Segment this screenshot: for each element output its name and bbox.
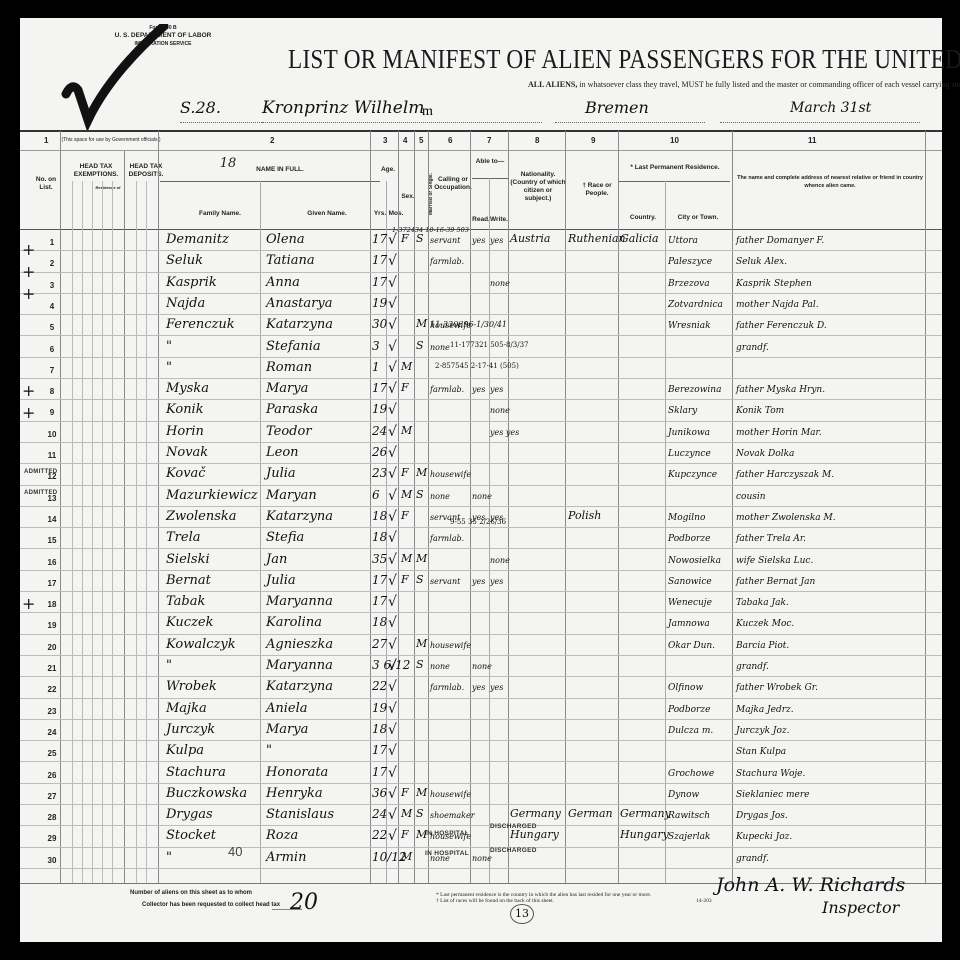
check-mark-icon: √	[388, 828, 397, 844]
cell-age: 17	[372, 743, 387, 757]
cell-city: Luczynce	[668, 449, 711, 459]
cell-ms: S	[416, 658, 424, 671]
table-row: 27BuczkowskaHenryka36FMhousewifeDynowSie…	[20, 784, 942, 805]
nationality-header: Nationality. (Country of which citizen o…	[510, 171, 566, 203]
margin-tally-mark: +	[22, 262, 35, 281]
admitted-stamp: ADMITTED	[24, 469, 57, 475]
cell-no: 17	[40, 579, 64, 588]
cell-write: none	[490, 406, 510, 415]
table-row: 12KovačJulia23FMhousewifeKupczyncefather…	[20, 464, 942, 485]
cell-sex: F	[401, 573, 409, 586]
cell-given: Tatiana	[266, 253, 315, 268]
check-mark-icon: √	[388, 488, 397, 504]
cell-nationality: Austria	[510, 232, 550, 245]
check-mark-icon: √	[388, 573, 397, 589]
cell-ms: S	[416, 807, 424, 820]
cell-city: Nowosielka	[668, 556, 721, 566]
cell-family: "	[166, 339, 172, 354]
cell-city: Olfinow	[668, 683, 703, 693]
cell-given: Maryanna	[266, 594, 333, 609]
check-mark-icon: √	[388, 552, 397, 568]
cell-family: Jurczyk	[166, 722, 215, 737]
check-mark-icon: √	[388, 509, 397, 525]
table-row: 25Kulpa"17Stan Kulpa√	[20, 741, 942, 762]
cell-city: Sklary	[668, 406, 697, 416]
cell-age: 18	[372, 615, 387, 629]
cell-relative: mother Horin Mar.	[736, 428, 822, 438]
cell-given: Henryka	[266, 786, 323, 801]
cell-no: 29	[40, 834, 64, 843]
check-mark-icon: √	[388, 679, 397, 695]
cell-ms: M	[416, 786, 427, 799]
cell-family: "	[166, 850, 172, 865]
cell-given: Katarzyna	[266, 679, 333, 694]
cell-family: Kasprik	[166, 275, 217, 290]
port-line: Bremen	[555, 98, 705, 123]
cell-family: Kulpa	[166, 743, 204, 758]
residence-of-header: Residence of	[90, 184, 126, 192]
col-num-4: 4	[403, 136, 407, 145]
tally-number: 18	[213, 160, 243, 168]
cell-family: Seluk	[166, 253, 203, 268]
cell-given: Marya	[266, 381, 308, 396]
cell-relative: Seluk Alex.	[736, 257, 787, 267]
cell-age: 17	[372, 594, 387, 608]
cell-relative: mother Najda Pal.	[736, 300, 819, 310]
cell-calling: farmlab.	[430, 683, 464, 692]
country-header: Country.	[620, 214, 666, 222]
cell-write: yes	[490, 577, 503, 586]
cell-relative: grandf.	[736, 854, 769, 864]
cell-given: Julia	[266, 573, 296, 588]
cell-family: Myska	[166, 381, 209, 396]
cell-city: Rawitsch	[668, 811, 710, 821]
footnote-races: † List of races will be found on the bac…	[436, 898, 554, 904]
cell-age: 24	[372, 807, 387, 821]
cell-family: Bernat	[166, 573, 211, 588]
cell-calling: none	[430, 662, 450, 671]
cell-family: Kuczek	[166, 615, 214, 630]
table-row: 11NovakLeon26LuczynceNovak Dolka√	[20, 443, 942, 464]
cell-city: Wenecuje	[668, 598, 712, 608]
cell-family: Stocket	[166, 828, 216, 843]
col-num-3: 3	[383, 136, 387, 145]
margin-tally-mark: +	[22, 284, 35, 303]
check-mark-icon: √	[388, 445, 397, 461]
cell-relative: Drygas Jos.	[736, 811, 788, 821]
cell-family: Buczkowska	[166, 786, 247, 801]
cell-city: Paleszyce	[668, 257, 712, 267]
subtitle: ALL ALIENS, in whatsoever class they tra…	[528, 80, 960, 89]
cell-family: Sielski	[166, 552, 210, 567]
cell-given: Olena	[266, 232, 305, 247]
col-num-7: 7	[487, 136, 491, 145]
cell-ms: M	[416, 637, 427, 650]
table-row: 3KasprikAnna17noneBrzezovaKasprik Stephe…	[20, 273, 942, 294]
sailing-date: March 31st	[790, 100, 871, 116]
cell-given: Aniela	[266, 701, 308, 716]
table-row: 19KuczekKarolina18JamnowaKuczek Moc.√	[20, 613, 942, 634]
cell-country: Hungary	[620, 828, 669, 841]
cell-given: Anastarya	[266, 296, 332, 311]
cell-no: 2	[40, 259, 64, 268]
cell-city: Dulcza m.	[668, 726, 713, 736]
city-header: City or Town.	[668, 214, 728, 222]
list-number: S.28.	[180, 98, 221, 117]
footer-line-1: Number of aliens on this sheet as to who…	[130, 890, 252, 896]
table-row: 23MajkaAniela19PodborzeMajka Jedrz.√	[20, 699, 942, 720]
cell-no: 21	[40, 664, 64, 673]
table-row: 4NajdaAnastarya19Zotvardnicamother Najda…	[20, 294, 942, 315]
cell-no: 3	[40, 281, 64, 290]
cell-family: Drygas	[166, 807, 213, 822]
cell-read: none	[472, 854, 492, 863]
cell-no: 8	[40, 387, 64, 396]
check-mark-icon: √	[388, 360, 397, 376]
cell-age: 27	[372, 637, 387, 651]
cell-relative: Stan Kulpa	[736, 747, 786, 757]
cell-write: yes	[490, 683, 503, 692]
check-mark-icon: √	[388, 701, 397, 717]
cell-given: Stanislaus	[266, 807, 334, 822]
cell-family: Trela	[166, 530, 201, 545]
page-title: LIST OR MANIFEST OF ALIEN PASSENGERS FOR…	[288, 44, 960, 75]
cell-given: Roza	[266, 828, 298, 843]
cell-calling: farmlab.	[430, 534, 464, 543]
cell-given: Marya	[266, 722, 308, 737]
cell-relative: Kasprik Stephen	[736, 279, 812, 289]
date-line: March 31st	[720, 98, 920, 123]
cell-no: 4	[40, 302, 64, 311]
cell-given: "	[266, 743, 272, 758]
discharged-stamp: DISCHARGED	[490, 847, 537, 854]
cell-race: Polish	[568, 509, 601, 522]
cell-read: yes	[472, 683, 485, 692]
calling-header: Calling or Occupation.	[432, 176, 474, 192]
ship-name-line: Kronprinz Wilhelm m	[262, 98, 542, 123]
cell-city: Zotvardnica	[668, 300, 723, 310]
cell-given: Maryan	[266, 488, 317, 503]
able-subrule	[472, 178, 508, 179]
check-mark-icon: √	[388, 339, 397, 355]
table-row: 21"Maryanna3 6/12Snonenonegrandf.√	[20, 656, 942, 677]
col-num-6: 6	[448, 136, 452, 145]
cell-relative: Novak Dolka	[736, 449, 794, 459]
cell-given: Leon	[266, 445, 299, 460]
cell-no: 20	[40, 643, 64, 652]
certificate-annotation: 2-857545 2-17-41 (505)	[435, 362, 519, 370]
cell-family: Wrobek	[166, 679, 217, 694]
table-row: 16SielskiJan35MMnoneNowosielkawife Siels…	[20, 550, 942, 571]
cell-age: 18	[372, 509, 387, 523]
able-to-header: Able to—	[472, 158, 508, 166]
cell-relative: cousin	[736, 492, 766, 502]
cell-family: Demanitz	[166, 232, 229, 247]
col-num-1: 1	[44, 136, 48, 145]
cell-country: Germany	[620, 807, 671, 820]
cell-calling: housewife	[430, 790, 471, 799]
cell-no: 19	[40, 621, 64, 630]
cell-city: Sanowice	[668, 577, 712, 587]
cell-city: Berezowina	[668, 385, 721, 395]
cell-city: Grochowe	[668, 769, 714, 779]
discharged-stamp: DISCHARGED	[490, 823, 537, 830]
manifest-sheet: Form 500 B U. S. DEPARTMENT OF LABOR IMM…	[20, 18, 942, 942]
table-row: 17BernatJulia17FSservantyesyesSanowicefa…	[20, 571, 942, 592]
cell-write: yes yes	[490, 428, 519, 437]
cell-calling: none	[430, 492, 450, 501]
cell-family: Najda	[166, 296, 205, 311]
cell-family: Kovač	[166, 466, 206, 481]
cell-age: 17	[372, 573, 387, 587]
cell-relative: Kuczek Moc.	[736, 619, 794, 629]
table-row: 28DrygasStanislaus24MSshoemakerGermanyGe…	[20, 805, 942, 826]
table-row: 20KowalczykAgnieszka27MhousewifeOkar Dun…	[20, 635, 942, 656]
cell-age: 35	[372, 552, 387, 566]
cell-sex: F	[401, 786, 409, 799]
form-code: 14-203	[696, 898, 712, 904]
cell-age: 19	[372, 701, 387, 715]
cell-nationality: Germany	[510, 807, 561, 820]
gov-note: (This space for use by Government offici…	[56, 136, 166, 144]
cell-age: 17	[372, 765, 387, 779]
cell-relative: grandf.	[736, 662, 769, 672]
table-row: 26StachuraHonorata17GrochoweStachura Woj…	[20, 763, 942, 784]
cell-city: Podborze	[668, 705, 710, 715]
cell-no: 6	[40, 345, 64, 354]
relative-header: The name and complete address of nearest…	[734, 174, 926, 190]
cell-no: 25	[40, 749, 64, 758]
check-mark-icon: √	[388, 722, 397, 738]
cell-family: Konik	[166, 402, 204, 417]
check-mark-icon: √	[388, 296, 397, 312]
cell-no: 28	[40, 813, 64, 822]
head-tax-count: 20	[290, 890, 318, 915]
cell-no: 14	[40, 515, 64, 524]
table-row: 1DemanitzOlena17FSservantyesyesAustriaRu…	[20, 230, 942, 251]
sex-header: Sex.	[398, 193, 418, 201]
cell-sex: M	[401, 552, 412, 565]
cell-family: Mazurkiewicz	[166, 488, 258, 503]
cell-sex: M	[401, 424, 412, 437]
cell-read: yes	[472, 236, 485, 245]
cell-write: yes	[490, 385, 503, 394]
check-mark-icon: √	[388, 232, 397, 248]
cell-no: 9	[40, 408, 64, 417]
cell-given: Katarzyna	[266, 509, 333, 524]
cell-country: Galicia	[620, 232, 659, 245]
cell-write: none	[490, 556, 510, 565]
write-header: Write.	[490, 216, 508, 224]
cell-relative: Barcia Piot.	[736, 641, 789, 651]
check-mark-icon: √	[388, 637, 397, 653]
cell-relative: Kupecki Joz.	[736, 832, 792, 842]
cell-family: Majka	[166, 701, 207, 716]
head-tax-exemptions-header: HEAD TAX EXEMPTIONS.	[60, 163, 132, 179]
cell-relative: father Harczyszak M.	[736, 470, 834, 480]
cell-city: Jamnowa	[668, 619, 710, 629]
cell-nationality: Hungary	[510, 828, 559, 841]
last-residence-header: * Last Permanent Residence.	[620, 164, 730, 172]
cell-family: Tabak	[166, 594, 205, 609]
row-rule	[20, 868, 942, 869]
check-mark-icon: √	[388, 402, 397, 418]
cell-age: 36	[372, 786, 387, 800]
col-num-10: 10	[670, 136, 679, 145]
col-num-5: 5	[419, 136, 423, 145]
cell-relative: father Wrobek Gr.	[736, 683, 818, 693]
col-num-8: 8	[535, 136, 539, 145]
cell-no: 23	[40, 707, 64, 716]
cell-family: "	[166, 360, 172, 375]
cell-no: 18	[40, 600, 64, 609]
cell-city: Wresniak	[668, 321, 711, 331]
cell-no: 1	[40, 238, 64, 247]
cell-sex: M	[401, 360, 412, 373]
cell-age: 26	[372, 445, 387, 459]
cell-given: Armin	[266, 850, 306, 865]
cell-relative: Sieklaniec mere	[736, 790, 809, 800]
ship-name: Kronprinz Wilhelm	[262, 98, 424, 118]
table-row: 22WrobekKatarzyna22farmlab.yesyesOlfinow…	[20, 677, 942, 698]
head-tax-deposits-header: HEAD TAX DEPOSITS.	[126, 163, 166, 179]
col-num-9: 9	[591, 136, 595, 145]
check-mark-icon: √	[388, 253, 397, 269]
cell-relative: Jurczyk Joz.	[736, 726, 790, 736]
cell-city: Junikowa	[668, 428, 710, 438]
table-row: 29StocketRoza22FMhousewifeHungaryHungary…	[20, 826, 942, 847]
cell-age: 18	[372, 722, 387, 736]
cell-write: yes	[490, 236, 503, 245]
cell-read: none	[472, 492, 492, 501]
check-mark-icon: √	[388, 807, 397, 823]
cell-relative: father Trela Ar.	[736, 534, 806, 544]
cell-family: "	[166, 658, 172, 673]
cell-sex: F	[401, 509, 409, 522]
footer-line-2: Collector has been requested to collect …	[142, 902, 280, 908]
no-on-list-header: No. on List.	[34, 176, 58, 192]
cell-given: Katarzyna	[266, 317, 333, 332]
cell-no: 24	[40, 728, 64, 737]
check-mark-icon: √	[388, 615, 397, 631]
cell-sex: M	[401, 807, 412, 820]
cell-age: 22	[372, 679, 387, 693]
cell-sex: F	[401, 466, 409, 479]
cell-family: Horin	[166, 424, 204, 439]
read-header: Read.	[472, 216, 490, 224]
check-mark-icon: √	[388, 381, 397, 397]
cell-no: 26	[40, 771, 64, 780]
cell-no: 27	[40, 792, 64, 801]
subtitle-bold: ALL ALIENS,	[528, 80, 577, 89]
cell-relative: Stachura Woje.	[736, 769, 805, 779]
cell-age: 30	[372, 317, 387, 331]
check-mark-icon: √	[388, 765, 397, 781]
cell-no: 15	[40, 536, 64, 545]
cell-no: 5	[40, 323, 64, 332]
cell-city: Dynow	[668, 790, 699, 800]
cell-given: Karolina	[266, 615, 322, 630]
cell-no: 11	[40, 451, 64, 460]
cell-age: 3	[372, 339, 380, 353]
table-row: 2SelukTatiana17farmlab.PaleszyceSeluk Al…	[20, 251, 942, 272]
cell-age: 19	[372, 296, 387, 310]
table-row: 30"Armin10/12Mnonenonegrandf.	[20, 848, 942, 869]
inspector-signature: John A. W. Richards	[716, 874, 905, 896]
margin-tally-mark: +	[22, 240, 35, 259]
residence-subrule	[618, 181, 730, 182]
cell-city: Podborze	[668, 534, 710, 544]
cell-age: 6	[372, 488, 380, 502]
cell-relative: Konik Tom	[736, 406, 784, 416]
cell-age: 17	[372, 381, 387, 395]
check-mark-icon: √	[388, 317, 397, 333]
given-name-header: Given Name.	[282, 210, 372, 218]
cell-read: yes	[472, 577, 485, 586]
cell-race: German	[568, 807, 613, 820]
cell-given: Stefania	[266, 339, 321, 354]
cell-age: 22	[372, 828, 387, 842]
certificate-annotation: 9-55 35 2/26/36	[450, 518, 506, 526]
check-mark-icon: √	[388, 786, 397, 802]
admitted-stamp: ADMITTED	[24, 490, 57, 496]
ship-suffix: m	[422, 104, 433, 120]
cell-relative: wife Sielska Luc.	[736, 556, 813, 566]
cell-sex: M	[401, 850, 412, 863]
cell-no: 10	[40, 430, 64, 439]
cell-city: Uttora	[668, 236, 698, 246]
cell-no: 22	[40, 685, 64, 694]
certificate-annotation: 11-177321 505-8/3/37	[450, 341, 528, 349]
cell-family: Novak	[166, 445, 208, 460]
check-mark-icon: √	[388, 275, 397, 291]
subtitle-text: in whatsoever class they travel, MUST be…	[579, 80, 960, 89]
certificate-annotation: 11-330696-1/30/41	[430, 320, 507, 329]
cell-calling: farmlab.	[430, 385, 464, 394]
cell-read: yes	[472, 385, 485, 394]
margin-tally-mark: +	[22, 381, 35, 400]
cell-city: Mogilno	[668, 513, 705, 523]
table-row: 13MazurkiewiczMaryan6MSnonenonecousin√	[20, 486, 942, 507]
cell-relative: father Myska Hryn.	[736, 385, 825, 395]
margin-count: 40	[228, 844, 242, 859]
cell-given: Roman	[266, 360, 312, 375]
cell-given: Maryanna	[266, 658, 333, 673]
table-row: 24JurczykMarya18Dulcza m.Jurczyk Joz.√	[20, 720, 942, 741]
table-row: 10HorinTeodor24Myes yesJunikowamother Ho…	[20, 422, 942, 443]
certificate-annotation: 1-372434 10-16-39 503	[392, 226, 469, 234]
cell-ms: S	[416, 339, 424, 352]
cell-race: Ruthenian	[568, 232, 626, 245]
cell-relative: Tabaka Jak.	[736, 598, 789, 608]
cell-calling: housewife	[430, 641, 471, 650]
table-row: 8MyskaMarya17Ffarmlab.yesyesBerezowinafa…	[20, 379, 942, 400]
table-row: 9KonikParaska19noneSklaryKonik Tom√	[20, 400, 942, 421]
cell-relative: father Domanyer F.	[736, 236, 824, 246]
check-mark-icon: √	[388, 658, 397, 674]
cell-age: 1	[372, 360, 380, 374]
margin-tally-mark: +	[22, 403, 35, 422]
cell-age: 17	[372, 253, 387, 267]
cell-age: 17	[372, 275, 387, 289]
check-mark-icon: √	[388, 424, 397, 440]
cell-write: none	[490, 279, 510, 288]
col-num-11: 11	[808, 136, 816, 145]
cell-ms: M	[416, 552, 427, 565]
cell-calling: servant	[430, 577, 460, 586]
cell-no: 7	[40, 366, 64, 375]
cell-city: Kupczynce	[668, 470, 717, 480]
